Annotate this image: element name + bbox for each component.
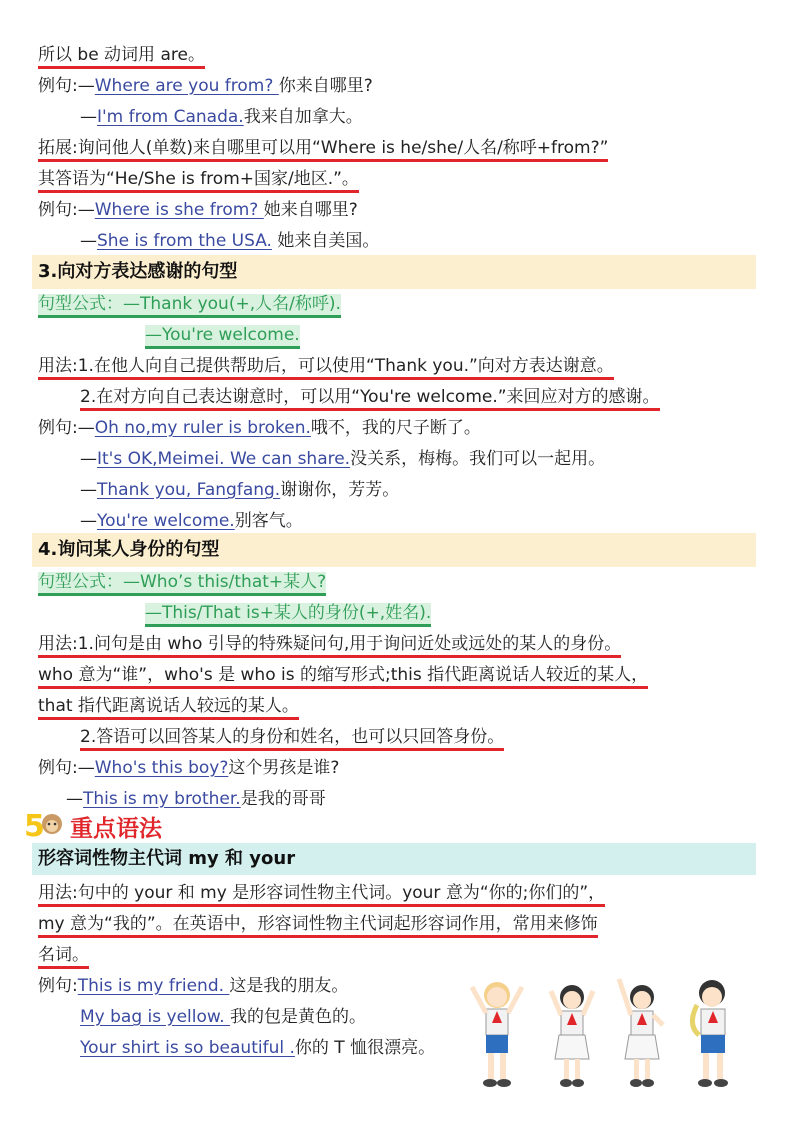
example-line: 例句:—Where are you from? 你来自哪里? (38, 75, 373, 97)
extension-line: 拓展:询问他人(单数)来自哪里可以用“Where is he/she/人名/称呼… (38, 137, 608, 159)
grammar-section-title: 重点语法 (70, 810, 162, 843)
english-example: I'm from Canada. (97, 107, 244, 127)
section-title: 4.询问某人身份的句型 (38, 535, 219, 565)
example-line: 例句:This is my friend. 这是我的朋友。 (38, 975, 348, 997)
usage-line: who 意为“谁”，who's 是 who is 的缩写形式;this 指代距离… (38, 664, 648, 686)
example-line: Your shirt is so beautiful .你的 T 恤很漂亮。 (80, 1037, 435, 1059)
example-line: 例句:—Who's this boy?这个男孩是谁? (38, 757, 339, 779)
usage-line: 2.在对方向自己表达谢意时，可以用“You're welcome.”来回应对方的… (80, 386, 660, 408)
example-line: 例句:—Oh no,my ruler is broken.哦不，我的尺子断了。 (38, 417, 481, 439)
formula-line: —You're welcome. (145, 324, 300, 346)
usage-line: 用法:句中的 your 和 my 是形容词性物主代词。your 意为“你的;你们… (38, 882, 605, 904)
formula-line: —This/That is+某人的身份(+,姓名). (145, 602, 431, 624)
example-line: —This is my brother.是我的哥哥 (66, 788, 326, 810)
example-line: —It's OK,Meimei. We can share.没关系，梅梅。我们可… (80, 448, 605, 470)
example-line: 例句:—Where is she from? 她来自哪里? (38, 199, 358, 221)
example-line: —She is from the USA. 她来自美国。 (80, 230, 379, 252)
example-line: —I'm from Canada.我来自加拿大。 (80, 106, 363, 128)
svg-text:5: 5 (24, 809, 45, 840)
example-line: —You're welcome.别客气。 (80, 510, 303, 532)
example-line: My bag is yellow. 我的包是黄色的。 (80, 1006, 366, 1028)
usage-line: 名词。 (38, 944, 89, 966)
english-example: Where are you from? (95, 76, 279, 96)
students-illustration (462, 975, 762, 1095)
usage-line: 用法:1.问句是由 who 引导的特殊疑问句,用于询问近处或远处的某人的身份。 (38, 633, 621, 655)
usage-line: 2.答语可以回答某人的身份和姓名，也可以只回答身份。 (80, 726, 504, 748)
example-line: —Thank you, Fangfang.谢谢你，芳芳。 (80, 479, 399, 501)
usage-line: that 指代距离说话人较远的某人。 (38, 695, 299, 717)
section-title: 3.向对方表达感谢的句型 (38, 257, 237, 287)
english-example: She is from the USA. (97, 231, 272, 251)
formula-line: 句型公式：—Who’s this/that+某人? (38, 571, 326, 593)
usage-line: 用法:1.在他人向自己提供帮助后，可以使用“Thank you.”向对方表达谢意… (38, 355, 614, 377)
monkey-badge-icon: 5 (24, 808, 64, 840)
usage-line: my 意为“我的”。在英语中，形容词性物主代词起形容词作用，常用来修饰 (38, 913, 598, 935)
formula-line: 句型公式：—Thank you(+,人名/称呼). (38, 293, 341, 315)
topic-title: 形容词性物主代词 my 和 your (38, 844, 295, 874)
text-line: 所以 be 动词用 are。 (38, 44, 205, 66)
extension-line: 其答语为“He/She is from+国家/地区.”。 (38, 168, 359, 190)
english-example: Where is she from? (95, 200, 264, 220)
